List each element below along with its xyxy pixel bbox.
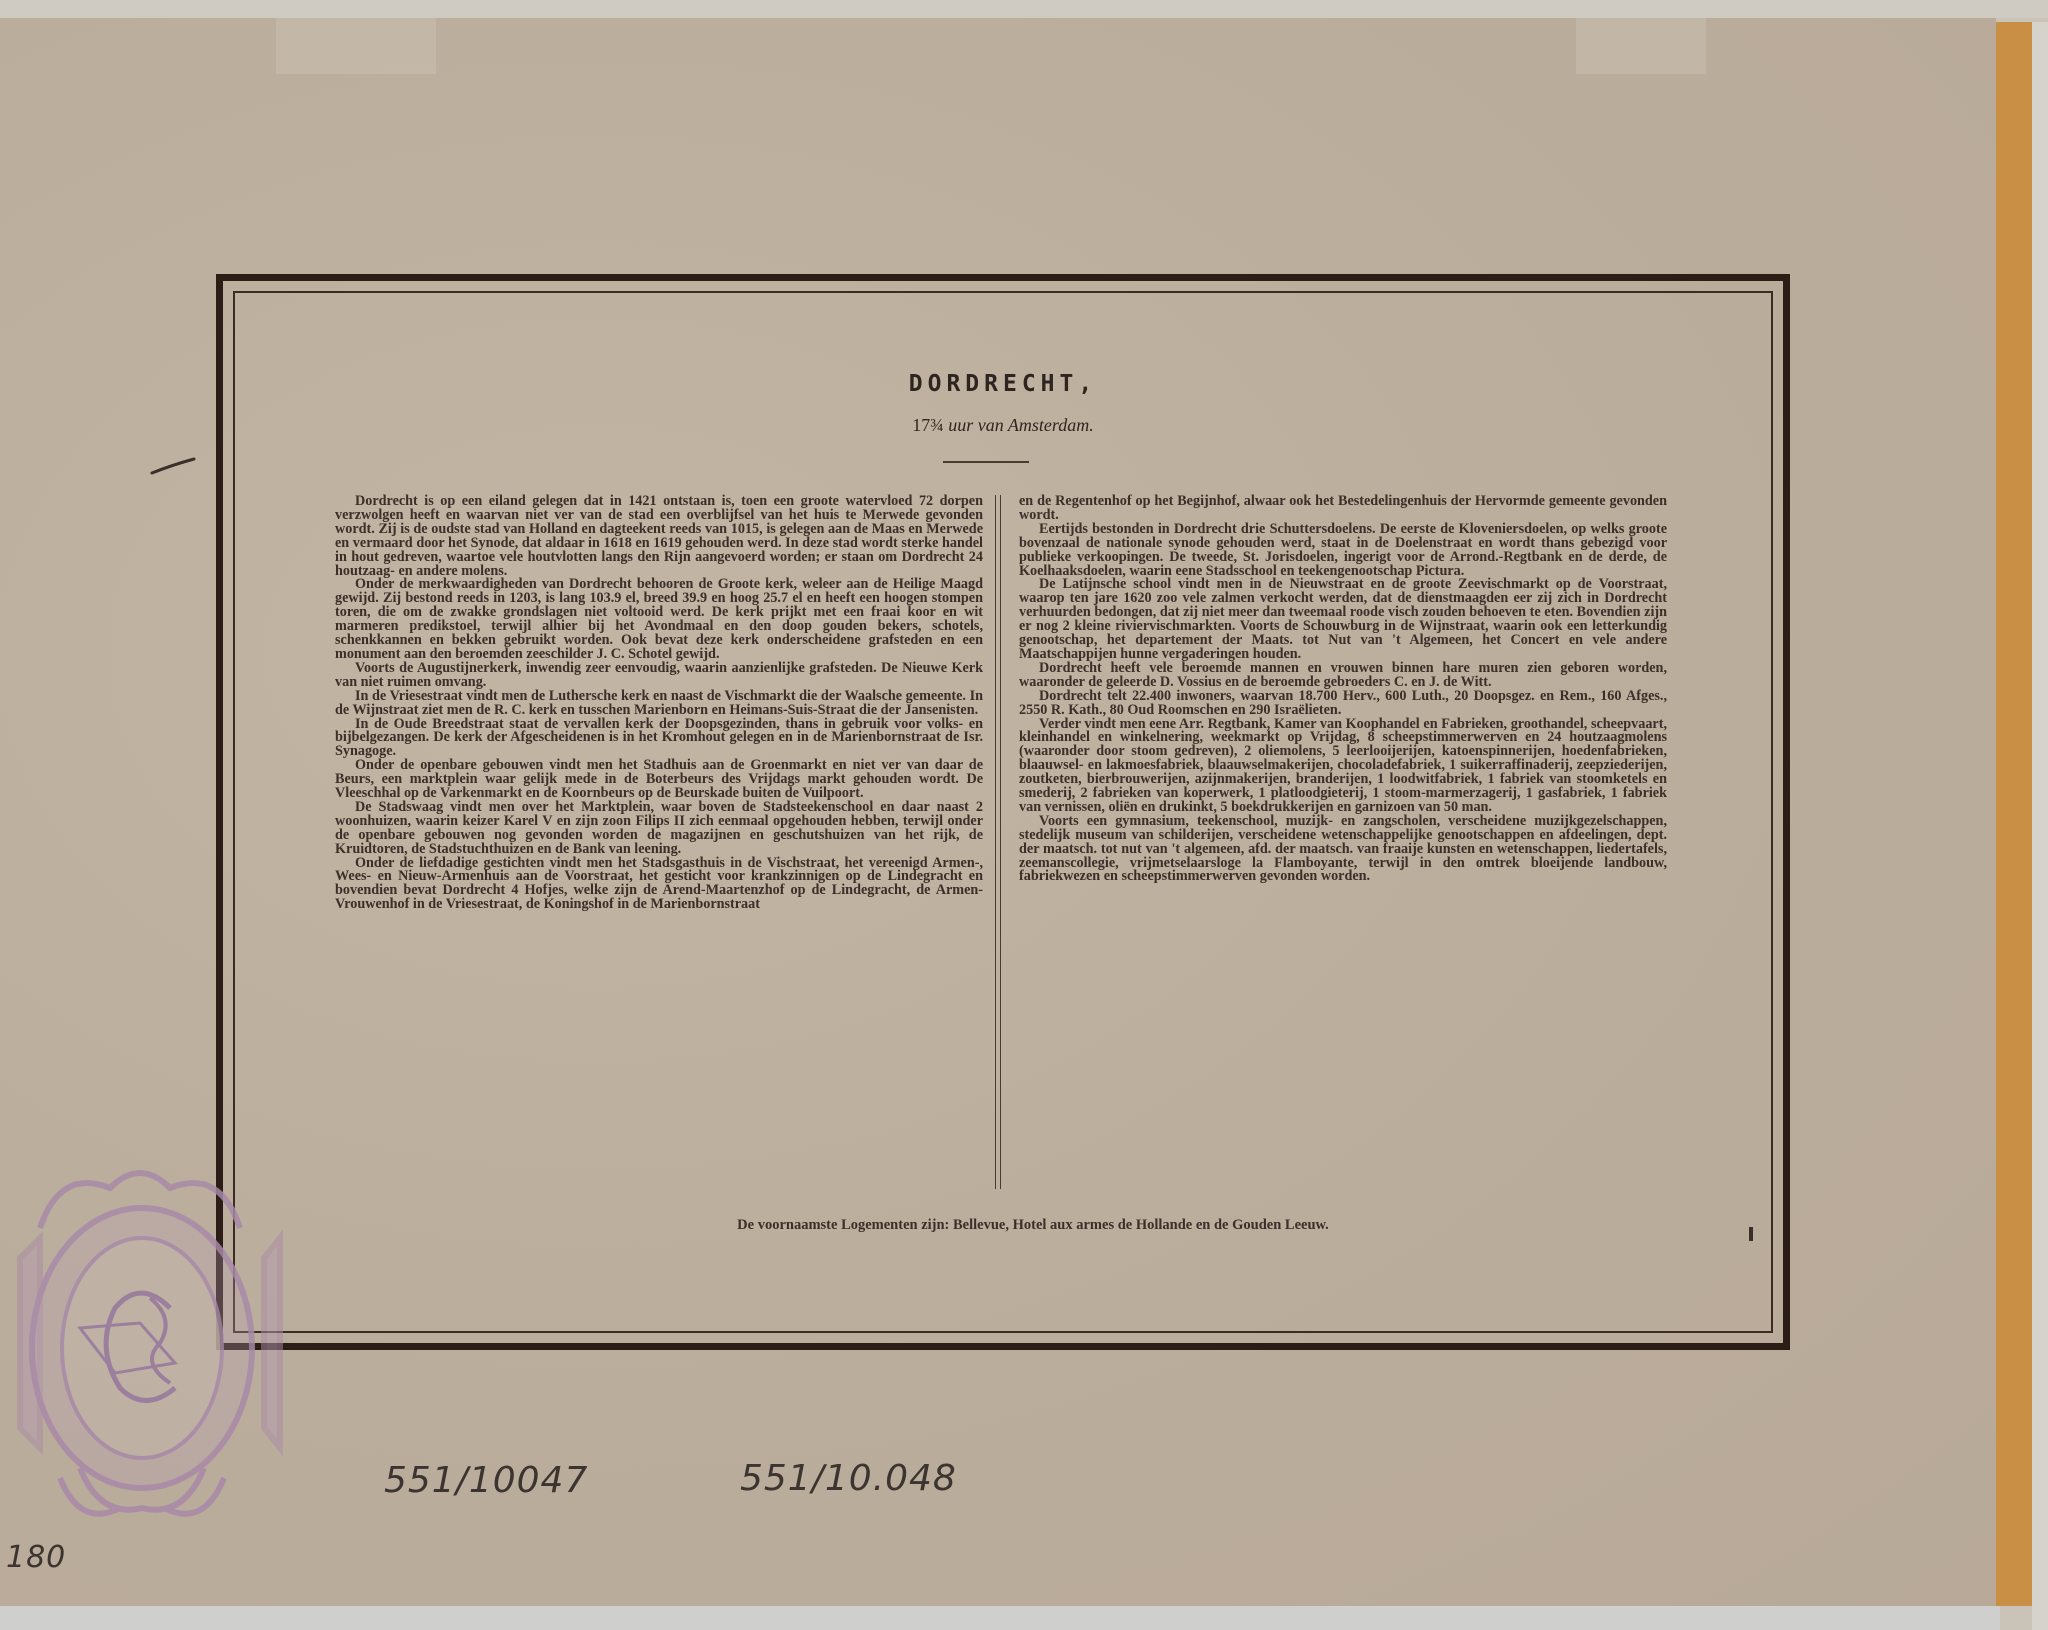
paragraph: In de Vriesestraat vindt men de Luthersc…	[335, 690, 983, 718]
paragraph: In de Oude Breedstraat staat de vervalle…	[335, 718, 983, 760]
tape-mark-right	[1576, 18, 1706, 74]
paragraph: Voorts een gymnasium, teekenschool, muzi…	[1019, 815, 1667, 885]
paragraph: Onder de openbare gebouwen vindt men het…	[335, 759, 983, 801]
paragraph: De Latijnsche school vindt men in de Nie…	[1019, 578, 1667, 661]
scan-top-margin	[0, 0, 2048, 18]
distance-text: uur van Amsterdam.	[944, 415, 1094, 435]
paragraph: Voorts de Augustijnerkerk, inwendig zeer…	[335, 662, 983, 690]
tape-mark-left	[276, 18, 436, 74]
document-subtitle: 17¾ uur van Amsterdam.	[223, 415, 1783, 436]
document-title: DORDRECHT,	[223, 371, 1783, 397]
pen-stroke-mark	[150, 455, 196, 477]
page-number: 180	[6, 1540, 66, 1575]
paragraph: en de Regentenhof op het Begijnhof, alwa…	[1019, 495, 1667, 523]
paragraph: Eertijds bestonden in Dordrecht drie Sch…	[1019, 523, 1667, 579]
paragraph: Onder de liefdadige gestichten vindt men…	[335, 857, 983, 913]
paragraph: Dordrecht telt 22.400 inwoners, waarvan …	[1019, 690, 1667, 718]
paragraph: Verder vindt men eene Arr. Regtbank, Kam…	[1019, 718, 1667, 815]
paragraph: Dordrecht heeft vele beroemde mannen en …	[1019, 662, 1667, 690]
paragraph: De Stadswaag vindt men over het Marktple…	[335, 801, 983, 857]
orange-paper-edge	[1996, 22, 2032, 1606]
scan-bottom-margin	[0, 1606, 2000, 1630]
ink-speck	[1749, 1227, 1753, 1241]
title-rule	[943, 461, 1029, 463]
text-frame: DORDRECHT, 17¾ uur van Amsterdam. Dordre…	[216, 274, 1790, 1350]
paragraph: Dordrecht is op een eiland gelegen dat i…	[335, 495, 983, 578]
logementen-footer: De voornaamste Logementen zijn: Bellevue…	[223, 1217, 1783, 1234]
column-divider	[995, 495, 1001, 1189]
monogram-stamp-icon	[0, 1148, 284, 1528]
paragraph: Onder de merkwaardigheden van Dordrecht …	[335, 578, 983, 661]
left-text-column: Dordrecht is op een eiland gelegen dat i…	[335, 495, 983, 912]
catalog-number-2: 551/10.048	[740, 1458, 957, 1499]
distance-number: 17¾	[912, 415, 944, 435]
scan-right-margin	[2032, 22, 2048, 1630]
right-text-column: en de Regentenhof op het Begijnhof, alwa…	[1019, 495, 1667, 884]
catalog-number-1: 551/10047	[384, 1460, 588, 1501]
